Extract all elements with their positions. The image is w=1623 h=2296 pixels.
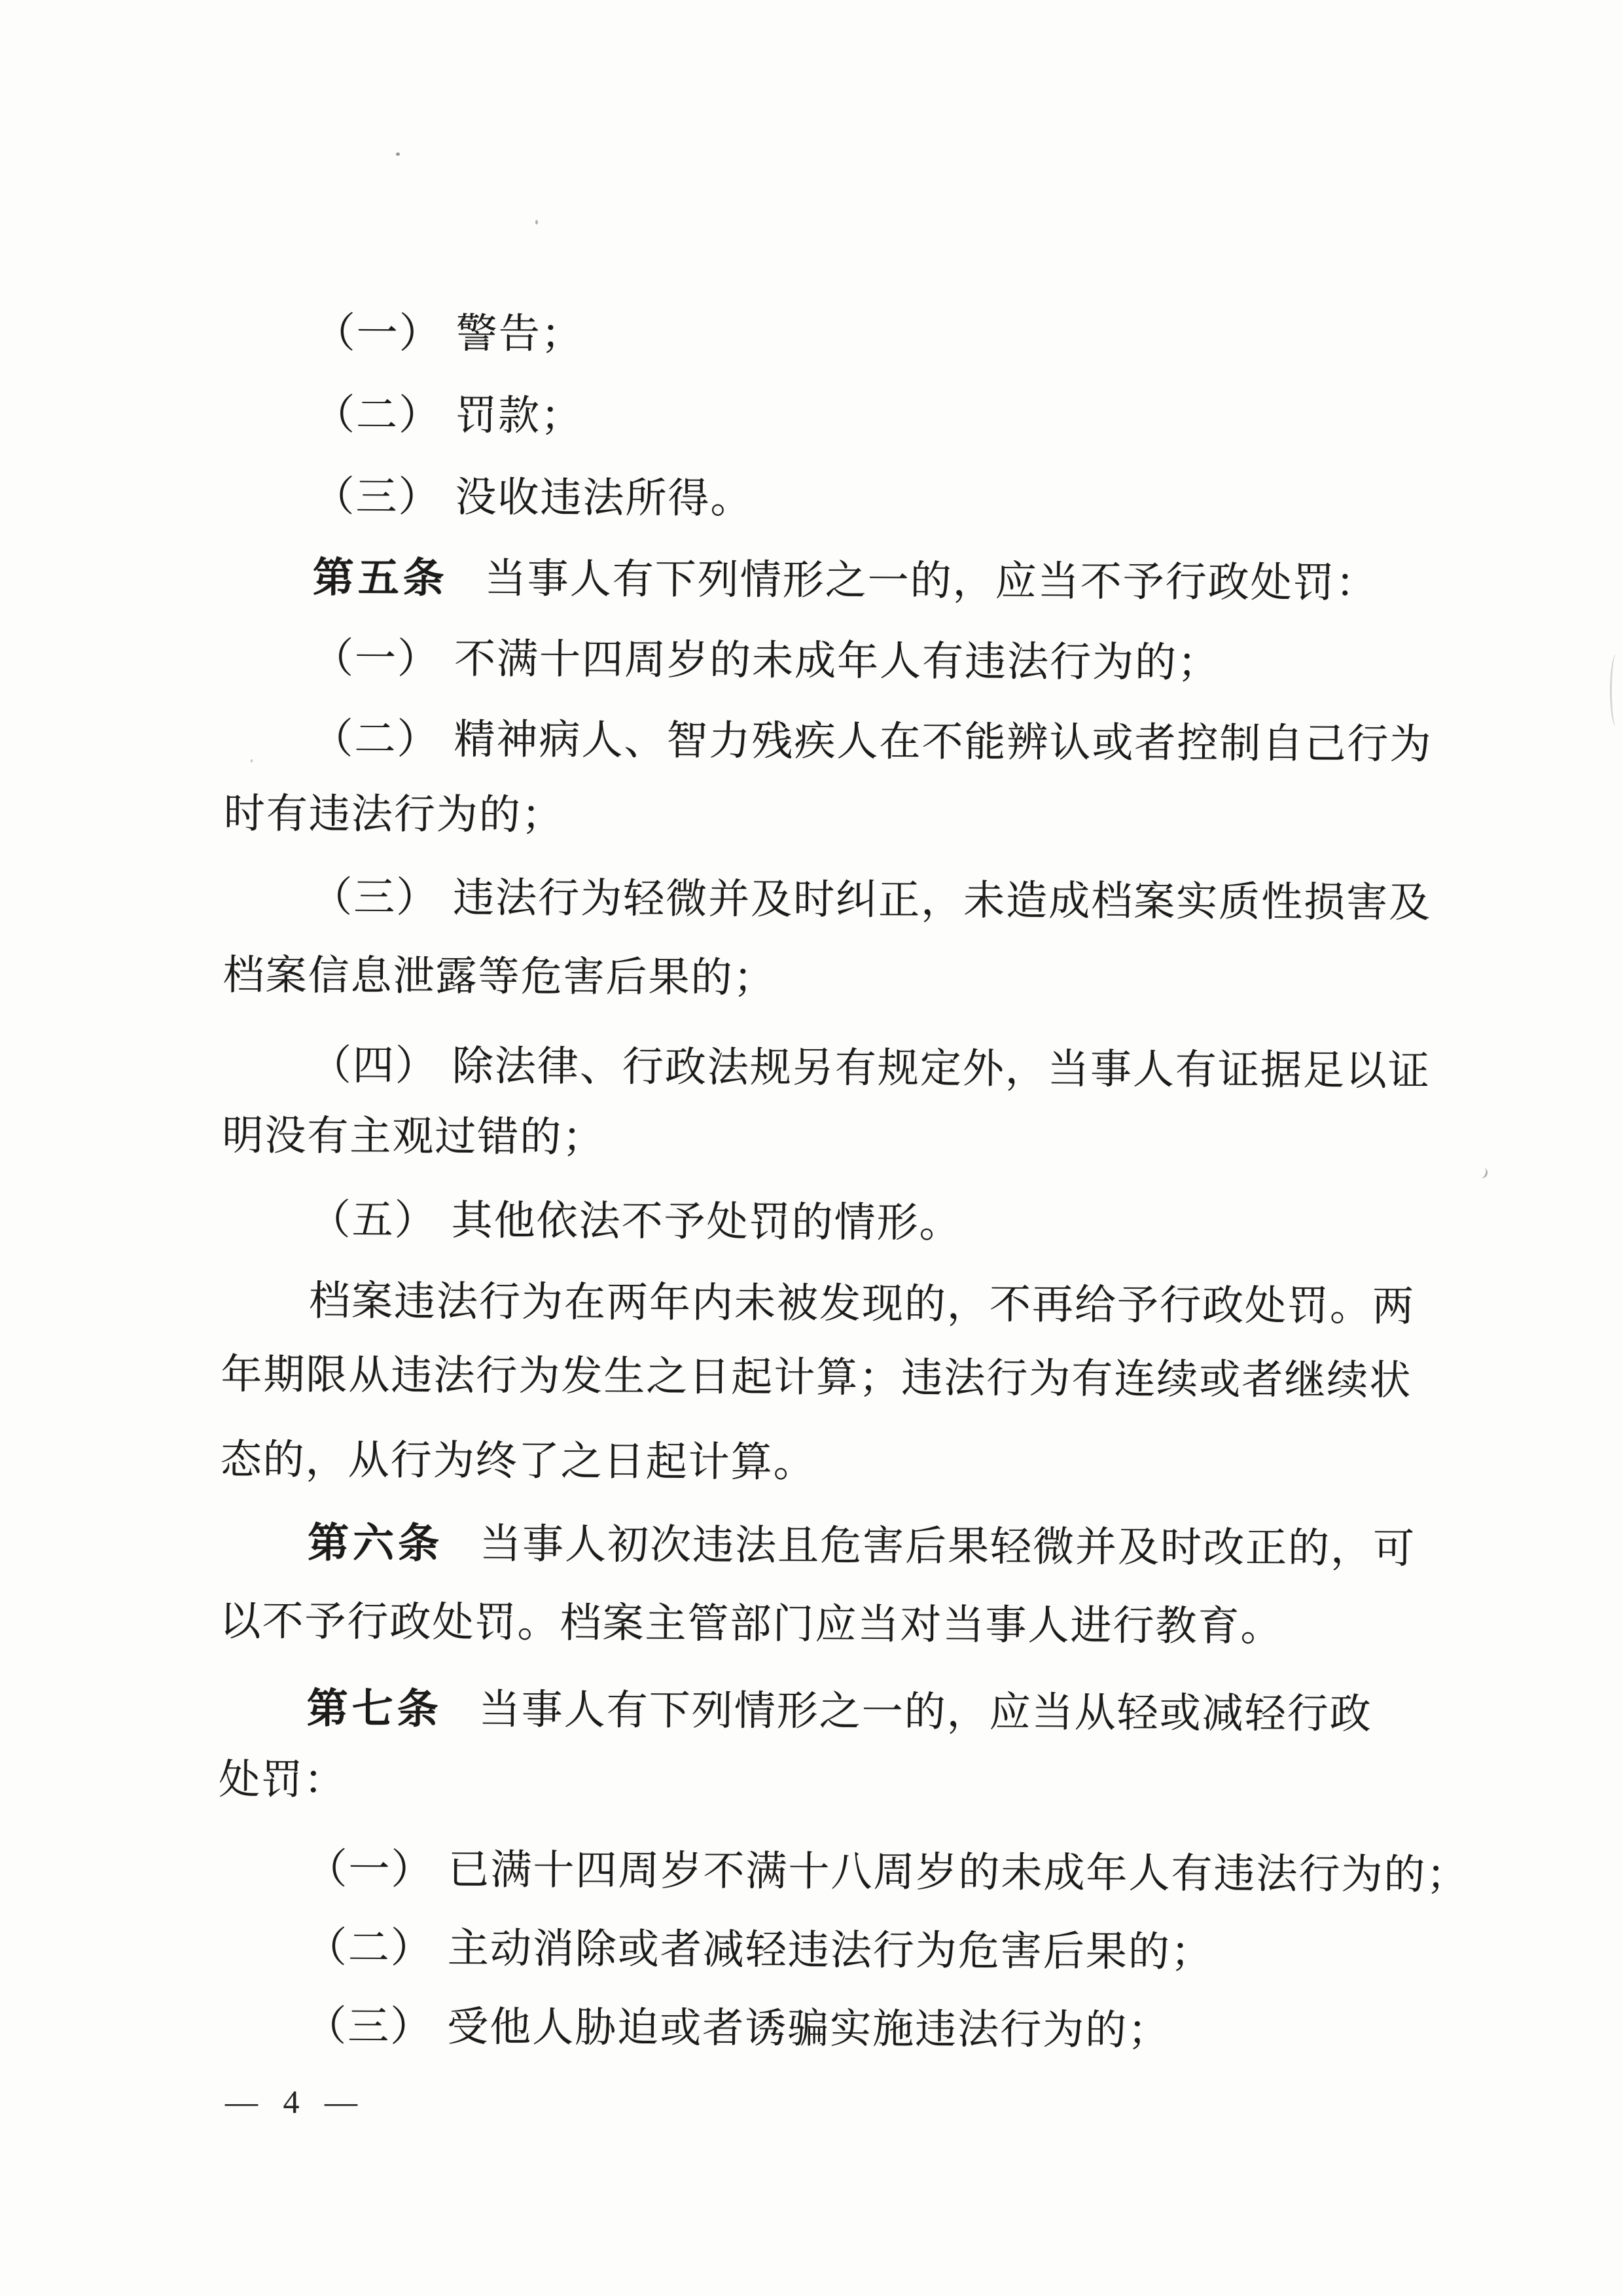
line-text: 受他人胁迫或者诱骗实施违法行为的； [447,2004,1170,2054]
line-text: 当事人有下列情形之一的，应当从轻或减轻行政 [479,1687,1372,1737]
text-line: 明没有主观过错的； [222,1105,1465,1172]
text-line: （五）其他依法不予处罚的情形。 [221,1189,1465,1256]
item-number: （三） [313,474,440,520]
article-number: 第六条 [308,1520,443,1567]
text-line: （一）不满十四周岁的未成年人有违法行为的； [224,628,1468,694]
line-text: 年期限从违法行为发生之日起计算；违法行为有连续或者继续状 [221,1352,1412,1404]
scan-speck [535,220,538,224]
page-number: — 4 — [225,2081,360,2122]
document-body: （一）警告；（二）罚款；（三）没收违法所得。第五条当事人有下列情形之一的，应当不… [217,302,1470,2062]
text-line: 档案信息泄露等危害后果的； [223,945,1466,1012]
article-number: 第五条 [313,555,448,601]
line-text: 已满十四周岁不满十八周岁的未成年人有违法行为的； [448,1847,1469,1898]
line-text: 警告； [456,311,584,357]
text-line: （二）罚款； [226,384,1469,451]
item-number: （二） [313,392,441,439]
text-line: （三）违法行为轻微并及时纠正，未造成档案实质性损害及 [223,867,1467,933]
text-line: 档案违法行为在两年内未被发现的，不再给予行政处罚。两 [221,1270,1465,1337]
text-line: （四）除法律、行政法规另有规定外，当事人有证据足以证 [223,1035,1466,1102]
scan-speck [396,152,400,156]
text-line: 处罚： [219,1749,1462,1816]
text-line: （三）受他人胁迫或者诱骗实施违法行为的； [217,1996,1461,2062]
article-number: 第七条 [307,1686,442,1732]
text-line: （二）主动消除或者减轻违法行为危害后果的； [218,1917,1461,1984]
line-text: 档案信息泄露等危害后果的； [223,952,776,1001]
line-text: 主动消除或者减轻违法行为危害后果的； [448,1926,1213,1975]
text-line: （一）警告； [226,302,1470,369]
text-line: （二）精神病人、智力残疾人在不能辨认或者控制自己行为 [224,708,1467,775]
text-line: 以不予行政处罚。档案主管部门应当对当事人进行教育。 [219,1591,1463,1658]
document-page: （一）警告；（二）罚款；（三）没收违法所得。第五条当事人有下列情形之一的，应当不… [0,0,1623,2296]
line-text: 以不予行政处罚。档案主管部门应当对当事人进行教育。 [219,1598,1283,1650]
line-text: 没收违法所得。 [455,475,753,522]
text-line: 时有违法行为的； [224,783,1467,850]
item-number: （四） [310,1043,438,1089]
line-text: 当事人初次违法且危害后果轻微并及时改正的，可 [480,1521,1416,1571]
item-number: （一） [306,1846,433,1893]
line-text: 明没有主观过错的； [222,1113,605,1160]
line-text: 除法律、行政法规另有规定外，当事人有证据足以证 [452,1043,1431,1094]
item-number: （二） [306,1925,433,1971]
text-line: 第五条当事人有下列情形之一的，应当不予行政处罚： [225,547,1469,614]
text-line: 第六条当事人初次违法且危害后果轻微并及时改正的，可 [220,1513,1463,1579]
item-number: （五） [309,1197,437,1244]
scan-artifact-curl [1476,1166,1489,1179]
line-text: 档案违法行为在两年内未被发现的，不再给予行政处罚。两 [309,1278,1415,1330]
scan-artifact-edge [1610,655,1622,726]
item-number: （三） [311,874,438,921]
line-text: 时有违法行为的； [224,791,564,838]
line-text: 精神病人、智力残疾人在不能辨认或者控制自己行为 [454,717,1432,768]
text-line: （一）已满十四周岁不满十八周岁的未成年人有违法行为的； [218,1839,1461,1905]
line-text: 当事人有下列情形之一的，应当不予行政处罚： [485,556,1378,606]
item-number: （一） [312,636,440,682]
text-line: 第七条当事人有下列情形之一的，应当从轻或减轻行政 [219,1678,1463,1745]
line-text: 罚款； [455,393,583,439]
scan-speck [251,759,253,762]
item-number: （一） [314,310,442,357]
line-text: 其他依法不予处罚的情形。 [451,1198,961,1246]
text-line: 态的，从行为终了之日起计算。 [221,1429,1464,1496]
line-text: 态的，从行为终了之日起计算。 [221,1437,816,1486]
text-line: 年期限从违法行为发生之日起计算；违法行为有连续或者继续状 [221,1344,1464,1411]
item-number: （三） [305,2003,433,2050]
line-text: 不满十四周岁的未成年人有违法行为的； [454,636,1220,686]
item-number: （二） [312,716,439,762]
line-text: 违法行为轻微并及时纠正，未造成档案实质性损害及 [453,875,1431,926]
text-line: （三）没收违法所得。 [225,466,1469,533]
line-text: 处罚： [219,1757,346,1803]
